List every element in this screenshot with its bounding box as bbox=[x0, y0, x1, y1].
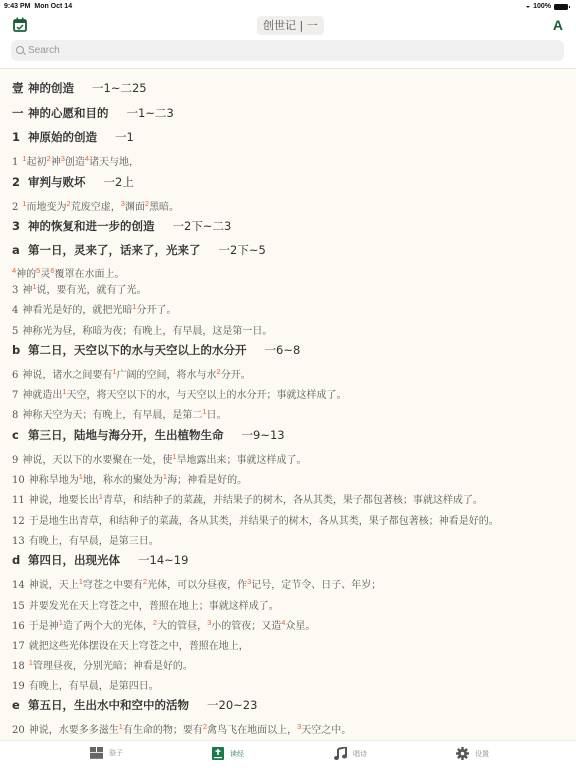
verse-text: 神说，天以下的水要聚在一处，使 bbox=[22, 455, 172, 466]
outline-heading[interactable]: e第五日，生出水中和空中的活物一20~23 bbox=[12, 697, 257, 713]
scripture-content[interactable]: 壹神的创造一1~二25一神的心愿和目的一1~二31神原始的创造一111起初2神3… bbox=[0, 70, 576, 740]
outline-mark: c bbox=[12, 428, 28, 442]
verse-number: 3 bbox=[12, 285, 18, 296]
verse-number: 12 bbox=[12, 516, 25, 527]
verse-text: 而地变为 bbox=[27, 202, 67, 213]
verse-number: 16 bbox=[12, 621, 25, 632]
verse-text: 光体，可以分昼夜，作 bbox=[147, 580, 247, 591]
verse-number: 17 bbox=[12, 641, 25, 652]
verse-text: 覆罩在水面上。 bbox=[55, 269, 125, 280]
verse-line[interactable]: 181管理昼夜，分别光暗；神看是好的。 bbox=[12, 657, 193, 672]
outline-heading[interactable]: c第三日，陆地与海分开，生出植物生命一9~13 bbox=[12, 427, 285, 443]
verse-text: 神说，诸水之间要有 bbox=[22, 370, 112, 381]
outline-reference: 一2上 bbox=[104, 175, 134, 189]
status-time: 9:43 PM Mon Oct 14 bbox=[4, 3, 72, 10]
verse-number: 18 bbox=[12, 661, 25, 672]
outline-mark: 一 bbox=[12, 105, 28, 121]
outline-title: 第二日，天空以下的水与天空以上的水分开 bbox=[28, 343, 247, 357]
outline-title: 神的恢复和进一步的创造 bbox=[28, 219, 155, 233]
search-icon bbox=[16, 46, 24, 54]
outline-title: 第四日，出现光体 bbox=[28, 553, 120, 567]
verse-text: 起初 bbox=[27, 157, 47, 168]
verse-number: 1 bbox=[12, 157, 18, 168]
outline-mark: 2 bbox=[12, 175, 28, 189]
verse-text: 神就造出 bbox=[22, 390, 62, 401]
outline-title: 神的创造 bbox=[28, 81, 74, 95]
tab-label: 读经 bbox=[230, 749, 244, 759]
verse-text: 海；神看是好的。 bbox=[167, 475, 247, 486]
verse-line[interactable]: 19有晚上，有早晨，是第四日。 bbox=[12, 677, 159, 692]
status-bar: 9:43 PM Mon Oct 14 ◒ 100% bbox=[0, 0, 576, 14]
outline-heading[interactable]: 1神原始的创造一1 bbox=[12, 129, 134, 145]
outline-reference: 一2下~5 bbox=[219, 243, 266, 257]
outline-title: 审判与败坏 bbox=[28, 175, 86, 189]
verse-text: 旱地露出来；事就这样成了。 bbox=[177, 455, 307, 466]
verse-text: 神说，天上 bbox=[29, 580, 79, 591]
verse-text: 大的管昼， bbox=[157, 621, 207, 632]
verse-text: 神说，地要长出 bbox=[29, 495, 99, 506]
verse-line[interactable]: 6神说，诸水之间要有1广阔的空间，将水与水2分开。 bbox=[12, 366, 251, 381]
outline-reference: 一6~8 bbox=[265, 343, 301, 357]
verse-text: 神称旱地为 bbox=[29, 475, 79, 486]
verse-line[interactable]: 9神说，天以下的水要聚在一处，使1旱地露出来；事就这样成了。 bbox=[12, 451, 307, 466]
outline-reference: 一1~二3 bbox=[127, 106, 174, 120]
outline-heading[interactable]: a第一日，灵来了，话来了，光来了一2下~5 bbox=[12, 242, 266, 258]
verse-text: 于是地生出青草，和结种子的菜蔬，各从其类，并结果子的树木，各从其类，果子都包著核… bbox=[29, 516, 499, 527]
outline-heading[interactable]: 一神的心愿和目的一1~二3 bbox=[12, 105, 174, 121]
verse-number: 11 bbox=[12, 495, 25, 506]
calendar-check-icon bbox=[13, 17, 27, 32]
verse-number: 6 bbox=[12, 370, 18, 381]
outline-mark: d bbox=[12, 553, 28, 567]
verse-line[interactable]: 14神说，天上1穹苍之中要有2光体，可以分昼夜，作3记号，定节令、日子、年岁； bbox=[12, 576, 381, 591]
verse-text: 有生命的物；要有 bbox=[123, 725, 203, 736]
search-input[interactable]: Search bbox=[11, 40, 564, 61]
outline-mark: b bbox=[12, 343, 28, 357]
verse-line[interactable]: 13有晚上，有早晨，是第三日。 bbox=[12, 532, 159, 547]
box-icon bbox=[90, 747, 103, 759]
verse-text: 有晚上，有早晨，是第四日。 bbox=[29, 681, 159, 692]
tab-label: 唱诗 bbox=[353, 749, 367, 759]
verse-text: 神说，水要多多滋生 bbox=[29, 725, 119, 736]
verse-text: 并要发光在天上穹苍之中，普照在地上；事就这样成了。 bbox=[29, 601, 279, 612]
verse-number: 14 bbox=[12, 580, 25, 591]
outline-title: 第五日，生出水中和空中的活物 bbox=[28, 698, 189, 712]
verse-line[interactable]: 3神1说，要有光，就有了光。 bbox=[12, 281, 147, 296]
verse-text: 记号，定节令、日子、年岁； bbox=[251, 580, 381, 591]
verse-number: 7 bbox=[12, 390, 18, 401]
outline-title: 第三日，陆地与海分开，生出植物生命 bbox=[28, 428, 224, 442]
outline-mark: 3 bbox=[12, 219, 28, 233]
verse-text: 神称天空为天；有晚上，有早晨，是第二 bbox=[22, 410, 202, 421]
verse-text: 神称光为昼，称暗为夜；有晚上，有早晨，这是第一日。 bbox=[22, 326, 272, 337]
verse-number: 8 bbox=[12, 410, 18, 421]
verse-text: 说，要有光，就有了光。 bbox=[37, 285, 147, 296]
outline-reference: 一9~13 bbox=[242, 428, 285, 442]
verse-text: 神看光是好的，就把光暗 bbox=[22, 305, 132, 316]
verse-number: 15 bbox=[12, 601, 25, 612]
tab-settings[interactable]: 设置 bbox=[456, 747, 489, 760]
outline-heading[interactable]: d第四日，出现光体一14~19 bbox=[12, 552, 188, 568]
tab-hymns[interactable]: 唱诗 bbox=[334, 747, 367, 760]
verse-line[interactable]: 11起初2神3创造4诸天与地， bbox=[12, 153, 139, 168]
verse-text: 黑暗。 bbox=[149, 202, 179, 213]
verse-text: 神的 bbox=[16, 269, 36, 280]
verse-text: 造了两个大的光体， bbox=[63, 621, 153, 632]
outline-mark: 1 bbox=[12, 130, 28, 144]
verse-number: 19 bbox=[12, 681, 25, 692]
status-indicators: ◒ 100% bbox=[526, 3, 568, 10]
outline-heading[interactable]: 2审判与败坏一2上 bbox=[12, 174, 134, 190]
tab-read-bible[interactable]: 读经 bbox=[212, 747, 244, 760]
verse-number: 4 bbox=[12, 305, 18, 316]
font-size-button[interactable]: A bbox=[553, 17, 563, 33]
verse-text: 灵 bbox=[40, 269, 50, 280]
verse-line[interactable]: 21而地变为2荒废空虚，3渊面2黑暗。 bbox=[12, 198, 179, 213]
verse-text: 天空，将天空以下的水，与天空以上的水分开；事就这样成了。 bbox=[67, 390, 347, 401]
search-placeholder: Search bbox=[28, 45, 60, 56]
verse-text: 小的管夜；又造 bbox=[211, 621, 281, 632]
outline-title: 第一日，灵来了，话来了，光来了 bbox=[28, 243, 201, 257]
verse-text: 有晚上，有早晨，是第三日。 bbox=[29, 536, 159, 547]
outline-heading[interactable]: 壹神的创造一1~二25 bbox=[12, 80, 147, 96]
verse-text: 分开了。 bbox=[137, 305, 177, 316]
verse-number: 13 bbox=[12, 536, 25, 547]
verse-text: 渊面 bbox=[125, 202, 145, 213]
verse-text: 管理昼夜，分别光暗；神看是好的。 bbox=[33, 661, 193, 672]
verse-text: 天空之中。 bbox=[301, 725, 351, 736]
verse-line[interactable]: 16于是神1造了两个大的光体，2大的管昼，3小的管夜；又造4众星。 bbox=[12, 617, 315, 632]
outline-reference: 一1 bbox=[115, 130, 134, 144]
verse-line[interactable]: 17就把这些光体摆设在天上穹苍之中，普照在地上， bbox=[12, 637, 249, 652]
verse-line[interactable]: 20神说，水要多多滋生1有生命的物；要有2禽鸟飞在地面以上，3天空之中。 bbox=[12, 721, 351, 736]
verse-line[interactable]: 11神说，地要长出1青草，和结种子的菜蔬，并结果子的树木，各从其类，果子都包著核… bbox=[12, 491, 483, 506]
verse-line[interactable]: 12于是地生出青草，和结种子的菜蔬，各从其类，并结果子的树木，各从其类，果子都包… bbox=[12, 512, 499, 527]
outline-reference: 一14~19 bbox=[138, 553, 188, 567]
verse-number: 10 bbox=[12, 475, 25, 486]
chapter-title-button[interactable]: 创世记 | 一 bbox=[257, 16, 324, 35]
verse-text: 分开。 bbox=[221, 370, 251, 381]
outline-title: 神原始的创造 bbox=[28, 130, 97, 144]
outline-reference: 一2下~二3 bbox=[173, 219, 232, 233]
verse-text: 众星。 bbox=[285, 621, 315, 632]
verse-text: 穹苍之中要有 bbox=[83, 580, 143, 591]
verse-text: 于是神 bbox=[29, 621, 59, 632]
calendar-check-button[interactable] bbox=[13, 17, 27, 32]
outline-reference: 一20~23 bbox=[207, 698, 257, 712]
music-note-icon bbox=[334, 747, 347, 760]
verse-number: 5 bbox=[12, 326, 18, 337]
verse-line[interactable]: 8神称天空为天；有晚上，有早晨，是第二1日。 bbox=[12, 406, 227, 421]
battery-percent: 100% bbox=[533, 3, 551, 10]
tab-bar: 骆子 读经 唱诗 设置 bbox=[0, 740, 576, 768]
verse-line[interactable]: 4神看光是好的，就把光暗1分开了。 bbox=[12, 301, 177, 316]
verse-line[interactable]: 7神就造出1天空，将天空以下的水，与天空以上的水分开；事就这样成了。 bbox=[12, 386, 347, 401]
verse-text: 地，称水的聚处为 bbox=[83, 475, 163, 486]
verse-text: 广阔的空间，将水与水 bbox=[117, 370, 217, 381]
verse-line[interactable]: 4神的5灵6覆罩在水面上。 bbox=[12, 265, 125, 280]
outline-heading[interactable]: b第二日，天空以下的水与天空以上的水分开一6~8 bbox=[12, 342, 300, 358]
verse-text: 荒废空虚， bbox=[71, 202, 121, 213]
verse-line[interactable]: 10神称旱地为1地，称水的聚处为1海；神看是好的。 bbox=[12, 471, 247, 486]
top-bar: 9:43 PM Mon Oct 14 ◒ 100% 创世记 | 一 A Sear… bbox=[0, 0, 576, 69]
tab-label: 设置 bbox=[475, 749, 489, 759]
verse-text: 神 bbox=[51, 157, 61, 168]
outline-heading[interactable]: 3神的恢复和进一步的创造一2下~二3 bbox=[12, 218, 231, 234]
verse-text: 诸天与地， bbox=[89, 157, 139, 168]
verse-text: 就把这些光体摆设在天上穹苍之中，普照在地上， bbox=[29, 641, 249, 652]
verse-number: 9 bbox=[12, 455, 18, 466]
verse-line[interactable]: 15并要发光在天上穹苍之中，普照在地上；事就这样成了。 bbox=[12, 597, 279, 612]
verse-text: 禽鸟飞在地面以上， bbox=[207, 725, 297, 736]
battery-icon bbox=[554, 4, 568, 10]
tab-label: 骆子 bbox=[109, 748, 123, 758]
outline-mark: a bbox=[12, 243, 28, 257]
verse-text: 创造 bbox=[65, 157, 85, 168]
outline-title: 神的心愿和目的 bbox=[28, 106, 109, 120]
gear-icon bbox=[456, 747, 469, 760]
verse-number: 20 bbox=[12, 725, 25, 736]
verse-text: 神 bbox=[22, 285, 32, 296]
wifi-icon: ◒ bbox=[526, 3, 530, 10]
verse-line[interactable]: 5神称光为昼，称暗为夜；有晚上，有早晨，这是第一日。 bbox=[12, 322, 272, 337]
verse-text: 青草，和结种子的菜蔬，并结果子的树木，各从其类，果子都包著核；事就这样成了。 bbox=[103, 495, 483, 506]
tab-box[interactable]: 骆子 bbox=[90, 747, 123, 759]
verse-number: 2 bbox=[12, 202, 18, 213]
font-icon: A bbox=[553, 17, 563, 33]
bible-icon bbox=[212, 747, 224, 760]
outline-reference: 一1~二25 bbox=[92, 81, 147, 95]
outline-mark: 壹 bbox=[12, 80, 28, 96]
outline-mark: e bbox=[12, 698, 28, 712]
verse-text: 日。 bbox=[207, 410, 227, 421]
